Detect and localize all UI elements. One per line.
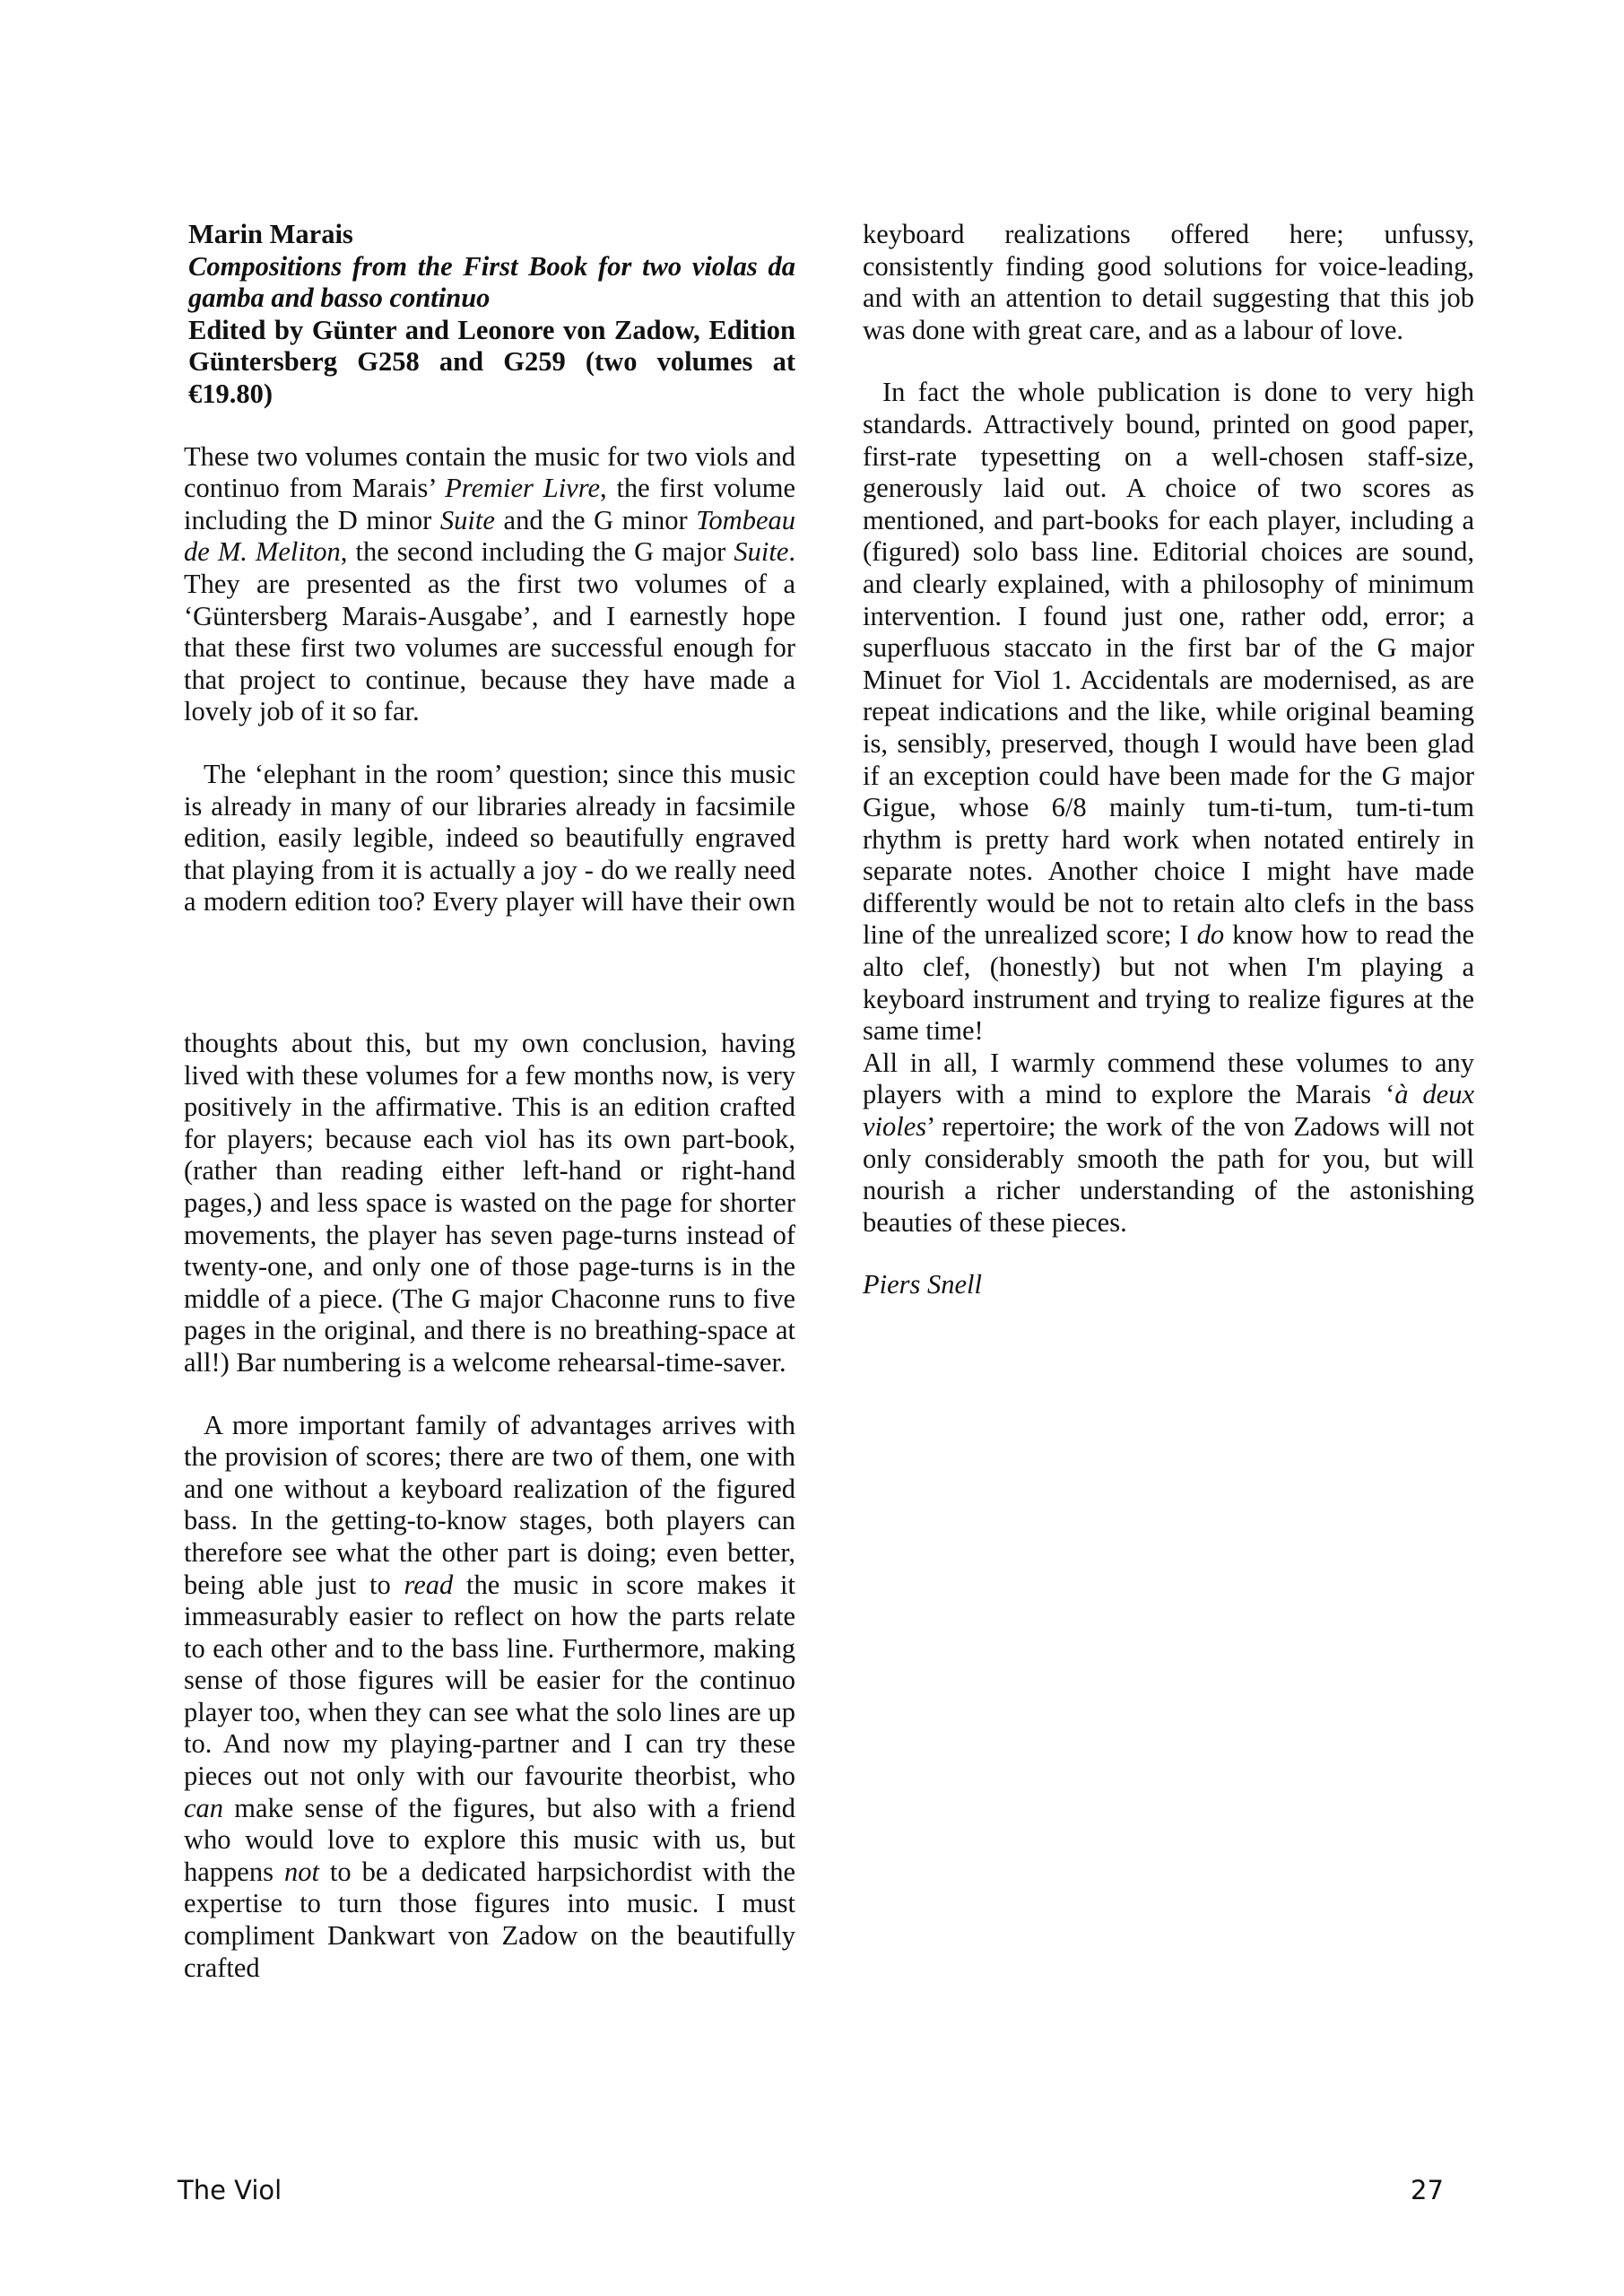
italic-run: Suite: [440, 505, 495, 535]
italic-run: not: [284, 1857, 319, 1887]
paragraph-conclusion: thoughts about this, but my own conclusi…: [184, 1028, 795, 1379]
publication-name: The Viol: [178, 2175, 282, 2205]
paragraph-elephant: The ‘elephant in the room’ question; sin…: [184, 759, 795, 918]
right-column: keyboard realizations offered here; unfu…: [863, 219, 1474, 1301]
text-run: All in all, I warmly commend these volum…: [863, 1048, 1474, 1110]
text-run: , the second including the G major: [341, 536, 734, 567]
paragraph-scores: A more important family of advantages ar…: [184, 1410, 795, 1985]
italic-run: Premier Livre: [445, 473, 600, 503]
paragraph-keyboard-realizations: keyboard realizations offered here; unfu…: [863, 219, 1474, 346]
italic-run: read: [404, 1570, 453, 1600]
paragraph-intro: These two volumes contain the music for …: [184, 441, 795, 728]
left-column-continued: thoughts about this, but my own conclusi…: [184, 1028, 795, 1984]
edition-details: Edited by Günter and Leonore von Zadow, …: [188, 315, 795, 411]
review-header: Marin Marais Compositions from the First…: [188, 219, 795, 411]
composer-name: Marin Marais: [188, 219, 795, 251]
work-title: Compositions from the First Book for two…: [188, 251, 795, 315]
paragraph-recommendation: All in all, I warmly commend these volum…: [863, 1048, 1474, 1239]
reviewer-signature: Piers Snell: [863, 1269, 1474, 1301]
text-run: and the G minor: [495, 505, 696, 535]
italic-run: Suite: [734, 536, 788, 567]
text-run: In fact the whole publication is done to…: [863, 377, 1474, 950]
left-column: Marin Marais Compositions from the First…: [184, 219, 795, 918]
italic-run: can: [184, 1793, 223, 1823]
paragraph-publication-quality: In fact the whole publication is done to…: [863, 377, 1474, 1047]
italic-run: do: [1197, 919, 1225, 950]
text-run: the music in score makes it immeasurably…: [184, 1570, 795, 1792]
text-run: ’ repertoire; the work of the von Zadows…: [863, 1111, 1474, 1238]
page-number: 27: [1411, 2175, 1444, 2205]
